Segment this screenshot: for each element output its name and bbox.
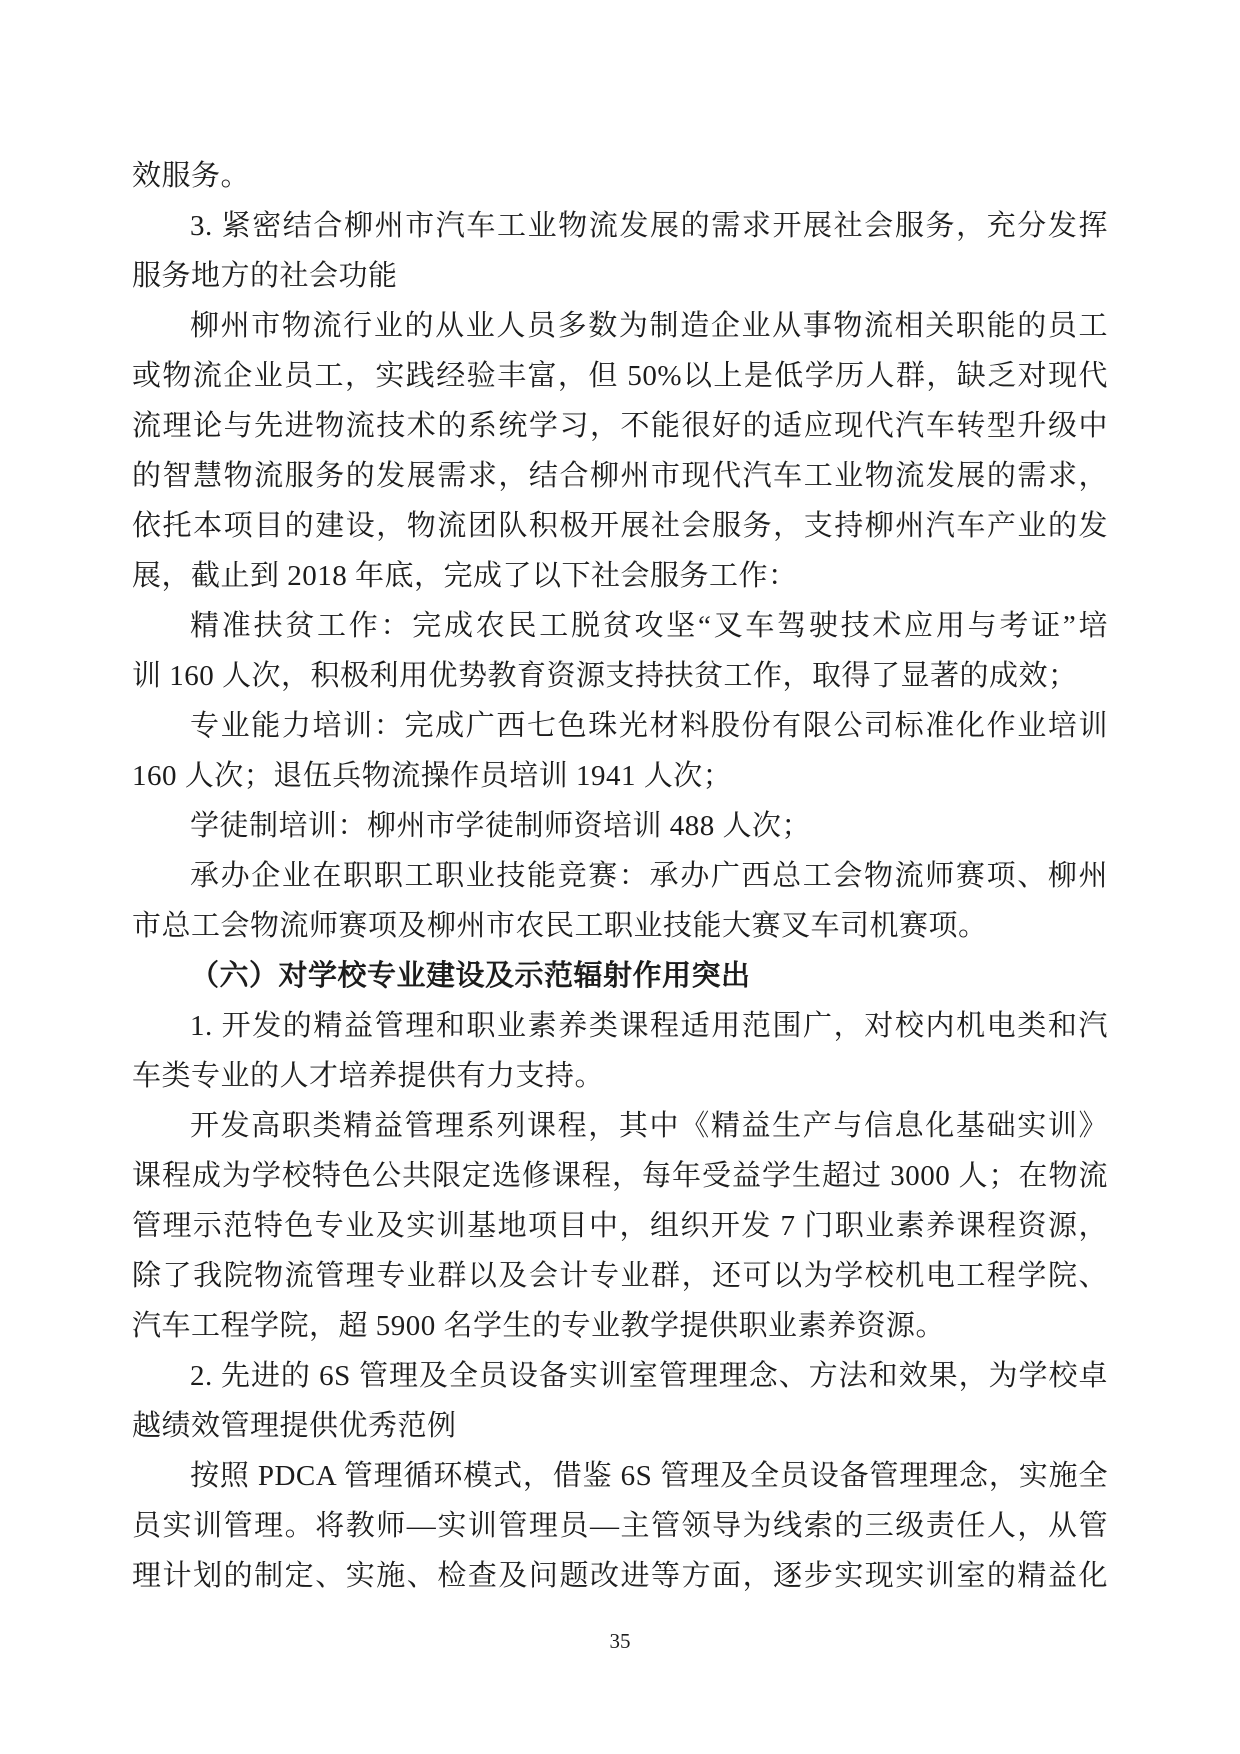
text-line: 课程成为学校特色公共限定选修课程，每年受益学生超过 3000 人；在物流 [132, 1151, 1108, 1201]
text-line: 除了我院物流管理专业群以及会计专业群，还可以为学校机电工程学院、 [132, 1251, 1108, 1301]
text-line: 训 160 人次，积极利用优势教育资源支持扶贫工作，取得了显著的成效； [132, 651, 1108, 701]
text-line: 展，截止到 2018 年底，完成了以下社会服务工作： [132, 551, 1108, 601]
text-line: 理计划的制定、实施、检查及问题改进等方面，逐步实现实训室的精益化 [132, 1551, 1108, 1601]
text-line: 效服务。 [132, 151, 1108, 201]
text-line: 员实训管理。将教师—实训管理员—主管领导为线索的三级责任人，从管 [132, 1501, 1108, 1551]
text-line: 2. 先进的 6S 管理及全员设备实训室管理理念、方法和效果，为学校卓 [132, 1351, 1108, 1401]
text-line: 160 人次；退伍兵物流操作员培训 1941 人次； [132, 751, 1108, 801]
text-line: 车类专业的人才培养提供有力支持。 [132, 1051, 1108, 1101]
document-page: 效服务。3. 紧密结合柳州市汽车工业物流发展的需求开展社会服务，充分发挥服务地方… [0, 0, 1240, 1754]
text-line: 越绩效管理提供优秀范例 [132, 1401, 1108, 1451]
text-line: 管理示范特色专业及实训基地项目中，组织开发 7 门职业素养课程资源， [132, 1201, 1108, 1251]
text-line: 精准扶贫工作：完成农民工脱贫攻坚“叉车驾驶技术应用与考证”培 [132, 601, 1108, 651]
page-number: 35 [0, 1627, 1240, 1655]
text-line: 服务地方的社会功能 [132, 251, 1108, 301]
text-line: 的智慧物流服务的发展需求，结合柳州市现代汽车工业物流发展的需求， [132, 451, 1108, 501]
text-line: 柳州市物流行业的从业人员多数为制造企业从事物流相关职能的员工 [132, 301, 1108, 351]
text-line: 汽车工程学院，超 5900 名学生的专业教学提供职业素养资源。 [132, 1301, 1108, 1351]
text-line: 专业能力培训：完成广西七色珠光材料股份有限公司标准化作业培训 [132, 701, 1108, 751]
text-line: 开发高职类精益管理系列课程，其中《精益生产与信息化基础实训》 [132, 1101, 1108, 1151]
document-body: 效服务。3. 紧密结合柳州市汽车工业物流发展的需求开展社会服务，充分发挥服务地方… [132, 151, 1108, 1601]
text-line: 学徒制培训：柳州市学徒制师资培训 488 人次； [132, 801, 1108, 851]
text-line: 流理论与先进物流技术的系统学习，不能很好的适应现代汽车转型升级中 [132, 401, 1108, 451]
text-line: 或物流企业员工，实践经验丰富，但 50%以上是低学历人群，缺乏对现代物 [132, 351, 1108, 401]
section-heading: （六）对学校专业建设及示范辐射作用突出 [132, 951, 1108, 1001]
text-line: 1. 开发的精益管理和职业素养类课程适用范围广，对校内机电类和汽 [132, 1001, 1108, 1051]
text-line: 3. 紧密结合柳州市汽车工业物流发展的需求开展社会服务，充分发挥 [132, 201, 1108, 251]
text-line: 按照 PDCA 管理循环模式，借鉴 6S 管理及全员设备管理理念，实施全 [132, 1451, 1108, 1501]
text-line: 依托本项目的建设，物流团队积极开展社会服务，支持柳州汽车产业的发 [132, 501, 1108, 551]
text-line: 市总工会物流师赛项及柳州市农民工职业技能大赛叉车司机赛项。 [132, 901, 1108, 951]
text-line: 承办企业在职职工职业技能竞赛：承办广西总工会物流师赛项、柳州 [132, 851, 1108, 901]
